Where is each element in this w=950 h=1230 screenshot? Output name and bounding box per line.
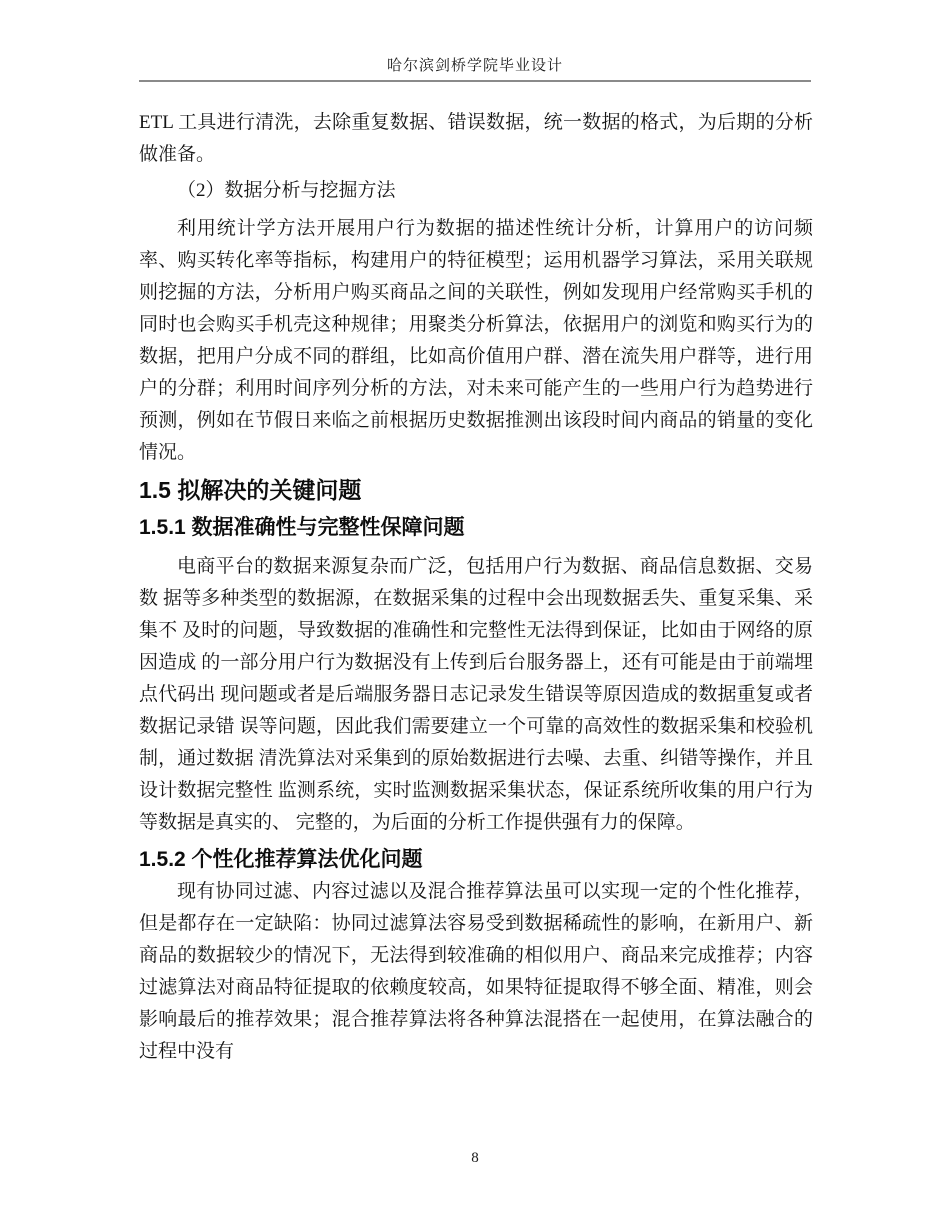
paragraph-recommendation-algorithm: 现有协同过滤、内容过滤以及混合推荐算法虽可以实现一定的个性化推荐，但是都存在一定… <box>139 876 813 1068</box>
document-body: ETL 工具进行清洗，去除重复数据、错误数据，统一数据的格式，为后期的分析做准备… <box>139 107 813 1068</box>
section-heading-1-5-1: 1.5.1 数据准确性与完整性保障问题 <box>139 513 813 543</box>
paragraph-etl-cleaning: ETL 工具进行清洗，去除重复数据、错误数据，统一数据的格式，为后期的分析做准备… <box>139 107 813 171</box>
running-header-title: 哈尔滨剑桥学院毕业设计 <box>387 58 563 74</box>
paragraph-data-mining-methods: 利用统计学方法开展用户行为数据的描述性统计分析，计算用户的访问频率、购买转化率等… <box>139 213 813 469</box>
running-header: 哈尔滨剑桥学院毕业设计 <box>139 54 811 82</box>
document-page: 哈尔滨剑桥学院毕业设计 ETL 工具进行清洗，去除重复数据、错误数据，统一数据的… <box>0 0 950 1230</box>
page-footer: 8 <box>0 1150 950 1167</box>
page-number: 8 <box>471 1150 479 1166</box>
paragraph-data-accuracy-integrity: 电商平台的数据来源复杂而广泛，包括用户行为数据、商品信息数据、交易数 据等多种类… <box>139 551 813 839</box>
list-item-2-data-analysis-method: （2）数据分析与挖掘方法 <box>139 175 813 207</box>
section-heading-1-5: 1.5 拟解决的关键问题 <box>139 475 813 505</box>
section-heading-1-5-2: 1.5.2 个性化推荐算法优化问题 <box>139 845 813 875</box>
